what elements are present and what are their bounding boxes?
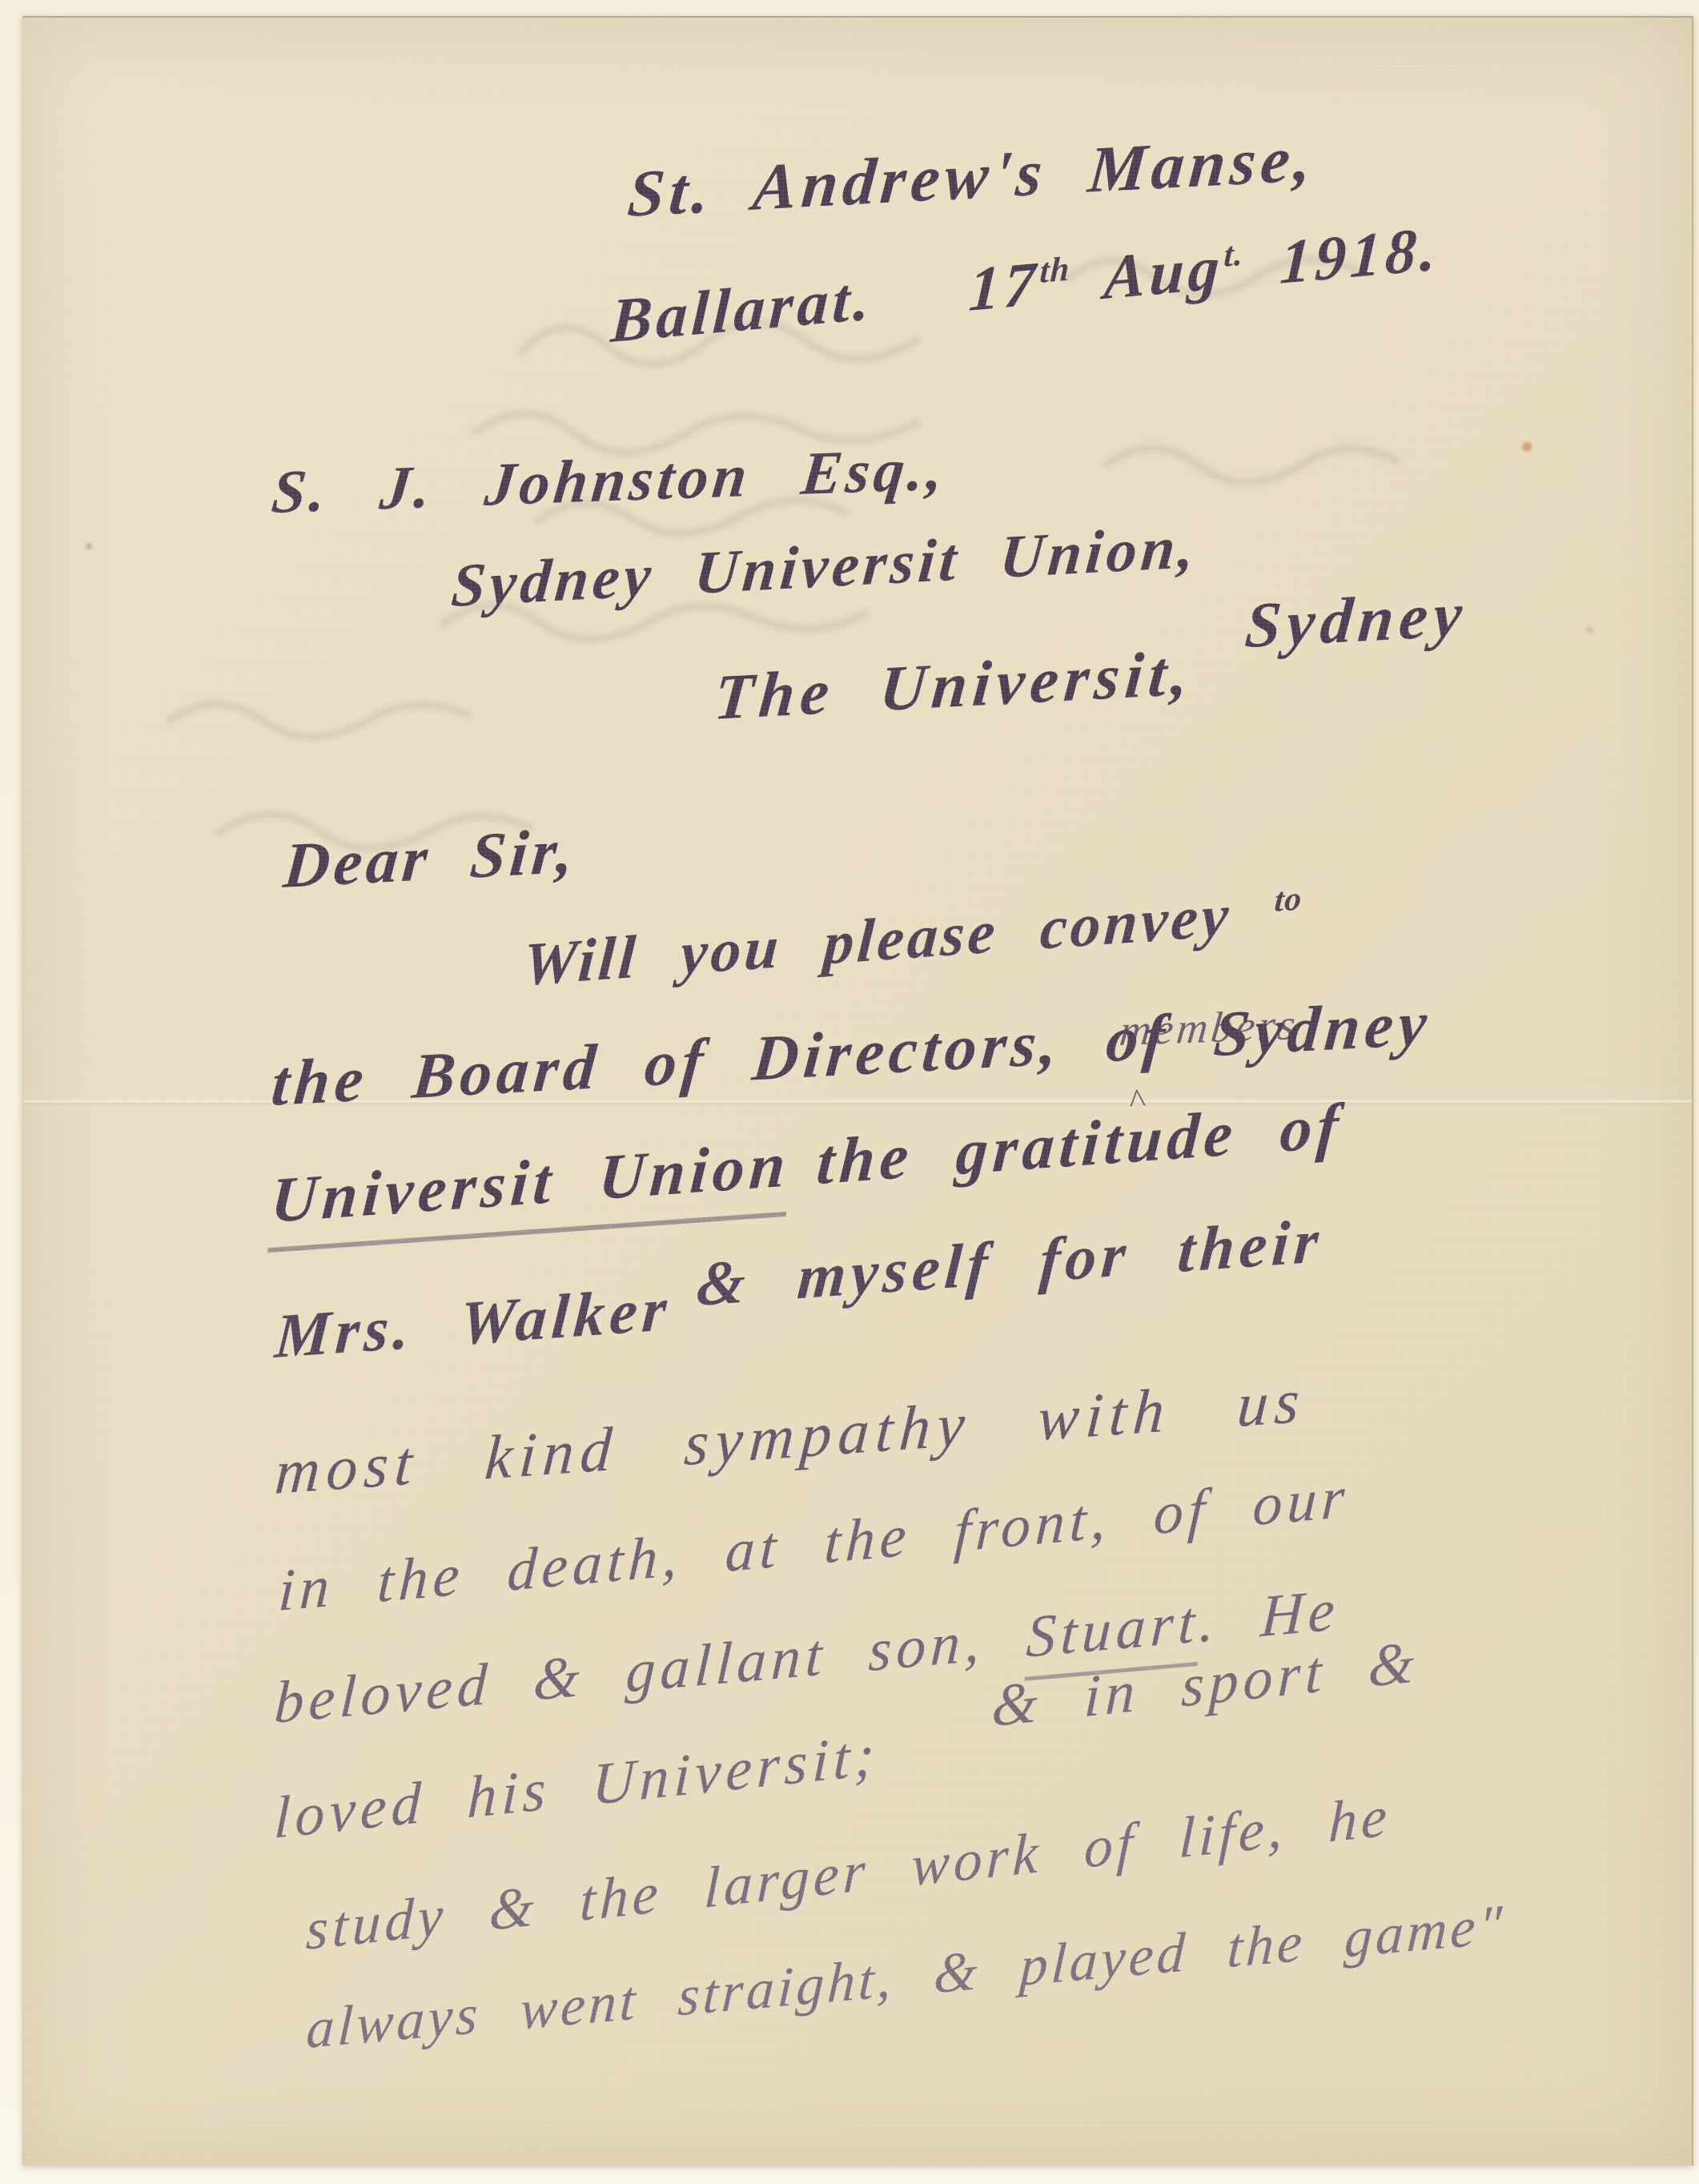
recipient-place: The Universit,Sydney	[712, 627, 1466, 730]
heading-address-text: St. Andrew's Manse,	[625, 121, 1319, 231]
salutation-text: Dear Sir,	[281, 815, 580, 902]
letter-paper: St. Andrew's Manse, Ballarat.17th Augt. …	[22, 16, 1693, 2166]
body-line-3-underlined: Universit Union	[267, 1129, 792, 1253]
body-line-7-part1: beloved & gallant son,	[273, 1608, 986, 1736]
date-day-suffix: th	[1038, 250, 1070, 291]
body-line-3: Universit Unionthe gratitude of	[269, 1094, 1345, 1233]
recipient-place2-text: Sydney	[1243, 582, 1470, 658]
paper-speck	[86, 543, 92, 549]
date-day: 17	[967, 248, 1041, 324]
rust-speck	[1522, 442, 1532, 452]
heading-place-text: Ballarat.	[609, 263, 875, 356]
body-line-4-part2: & myself for their	[695, 1209, 1326, 1316]
recipient-name-text: S. J. Johnston Esq.,	[269, 435, 950, 526]
body-line-1-text: Will you please convey	[521, 882, 1234, 999]
heading-place-date: Ballarat.17th Augt. 1918.	[609, 217, 1442, 352]
paper-speck-2	[1586, 626, 1593, 633]
recipient-org: Sydney Universit Union,	[449, 517, 1201, 617]
body-line-4: Mrs. Walker& myself for their	[273, 1232, 1323, 1368]
recipient-org-text: Sydney Universit Union,	[449, 513, 1202, 620]
body-line-1-superscript: to	[1273, 880, 1303, 919]
date-month: Aug	[1103, 231, 1225, 312]
heading-address: St. Andrew's Manse,	[625, 125, 1319, 227]
salutation: Dear Sir,	[281, 818, 580, 899]
date-month-suffix: t.	[1223, 235, 1244, 275]
body-line-1: Will you please convey to	[521, 879, 1303, 995]
body-line-3-rest: the gratitude of	[814, 1091, 1345, 1199]
scanned-letter-page: { "document": { "kind": "handwritten let…	[0, 0, 1699, 2184]
recipient-place1-text: The Universit,	[712, 638, 1197, 734]
date-year: 1918.	[1278, 213, 1441, 297]
recipient-name: S. J. Johnston Esq.,	[269, 438, 950, 523]
body-line-4-part1: Mrs. Walker	[273, 1273, 674, 1371]
body-line-8-part1: loved his Universit;	[273, 1722, 880, 1852]
